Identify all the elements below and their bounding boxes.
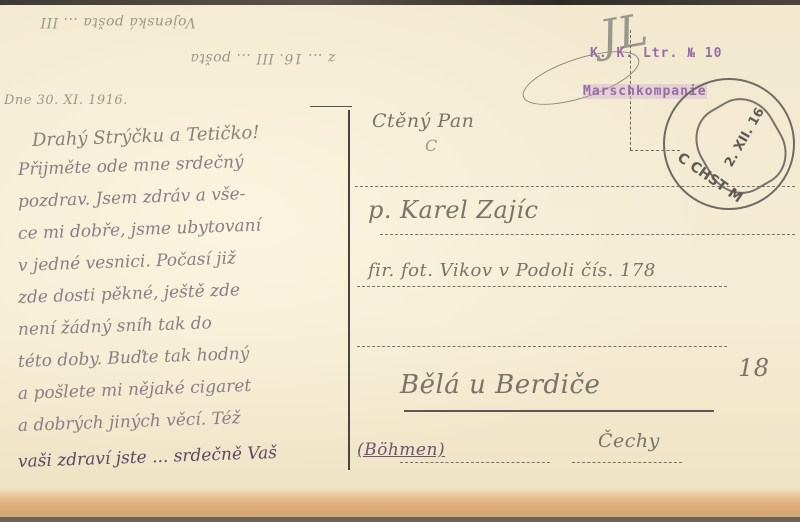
inverted-header-line-1: Vojenská pošta ... III: [40, 14, 196, 30]
region-text: (Böhmen): [357, 440, 445, 460]
censor-stamp-line-1: K. K. Ltr. № 10: [590, 46, 722, 61]
message-greeting: Drahý Strýčku a Tetičko!: [32, 122, 260, 151]
recipient-name: p. Karel Zajíc: [368, 196, 538, 224]
message-line: v jedné vesnici. Počasí již: [18, 248, 237, 276]
message-line: vaši zdraví jste ... srdečně Vaš: [18, 443, 278, 472]
message-line: a pošlete mi nějaké cigaret: [18, 376, 252, 404]
scan-bottom-edge: [0, 517, 800, 522]
date-line: Dne 30. XI. 1916.: [4, 93, 128, 108]
recipient-street: fir. fot. Vikov v Podoli čís. 178: [368, 260, 656, 281]
header-rule: [310, 106, 352, 107]
address-line-5: [400, 462, 550, 463]
center-divider-line: [348, 110, 350, 470]
message-line: a dobrých jiných věcí. Též: [18, 408, 241, 436]
sender-label: Ctěný Pan: [372, 110, 474, 132]
message-line: této doby. Buďte tak hodný: [18, 344, 250, 372]
message-line: není žádný sníh tak do: [18, 313, 213, 340]
recipient-number: 18: [738, 354, 770, 382]
message-line: ce mi dobře, jsme ubytovaní: [18, 216, 262, 244]
address-line-4: [357, 346, 727, 347]
scan-top-edge: [0, 0, 800, 5]
address-line-6: [572, 462, 682, 463]
message-line: Přijměte ode mne srdečný: [18, 152, 244, 180]
message-line: pozdrav. Jsem zdráv a vše-: [18, 184, 246, 212]
inverted-header-line-2: z ... 16. III ... pošta: [190, 50, 335, 66]
sender-initial: C: [425, 136, 438, 155]
address-line-2: [380, 234, 795, 235]
address-line-3: [357, 286, 727, 287]
town-underline: [404, 410, 714, 412]
address-line-1: [355, 186, 795, 187]
country-text: Čechy: [598, 430, 660, 452]
message-line: zde dosti pěkné, ještě zde: [18, 280, 241, 308]
postcard: Vojenská pošta ... III z ... 16. III ...…: [0, 0, 800, 522]
recipient-town: Bělá u Berdiče: [400, 370, 600, 400]
